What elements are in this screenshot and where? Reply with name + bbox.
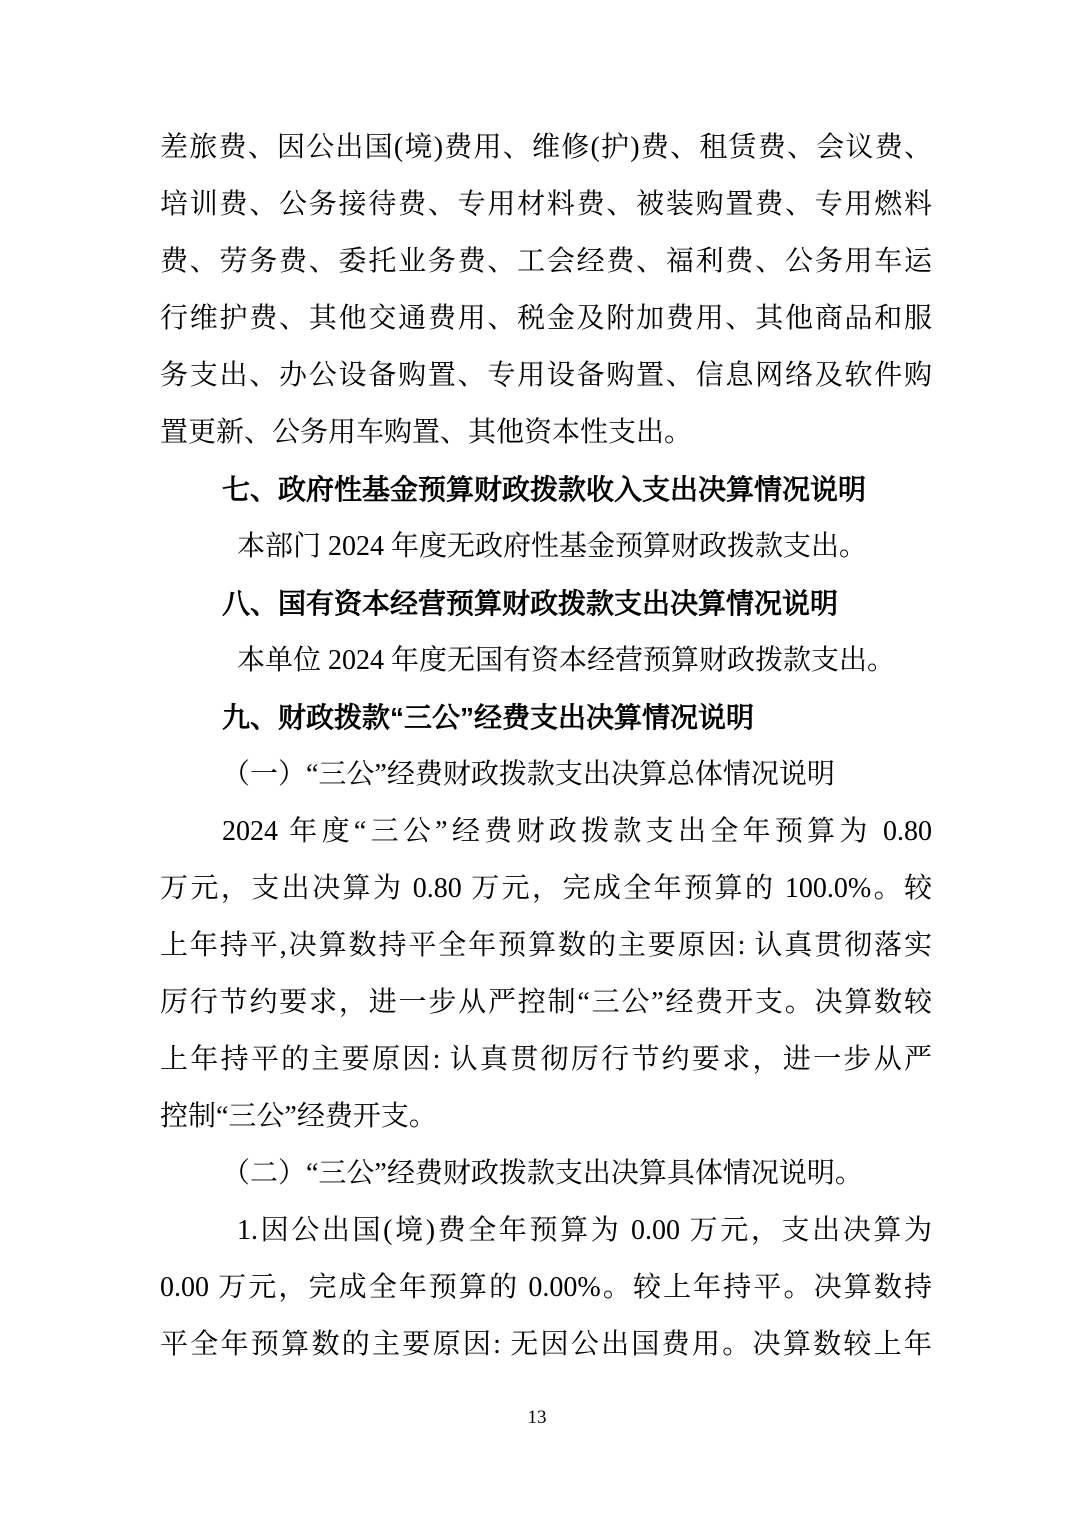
text-line: 万元，支出决算为 0.80 万元，完成全年预算的 100.0%。较 bbox=[160, 860, 932, 917]
text-line: 1.因公出国(境)费全年预算为 0.00 万元，支出决算为 bbox=[160, 1202, 932, 1259]
subsection-heading: （二）“三公”经费财政拨款支出决算具体情况说明。 bbox=[160, 1145, 932, 1202]
section-heading-7: 七、政府性基金预算财政拨款收入支出决算情况说明 bbox=[160, 461, 932, 518]
text-line: 培训费、公务接待费、专用材料费、被装购置费、专用燃料 bbox=[160, 176, 932, 233]
text-line: 上年持平的主要原因: 认真贯彻厉行节约要求，进一步从严 bbox=[160, 1031, 932, 1088]
text-line: 务支出、办公设备购置、专用设备购置、信息网络及软件购 bbox=[160, 347, 932, 404]
text-line: 行维护费、其他交通费用、税金及附加费用、其他商品和服 bbox=[160, 290, 932, 347]
text-line: 2024 年度“三公”经费财政拨款支出全年预算为 0.80 bbox=[160, 803, 932, 860]
text-line: 上年持平,决算数持平全年预算数的主要原因: 认真贯彻落实 bbox=[160, 917, 932, 974]
document-page: 差旅费、因公出国(境)费用、维修(护)费、租赁费、会议费、 培训费、公务接待费、… bbox=[0, 0, 1074, 1520]
text-line: 控制“三公”经费开支。 bbox=[160, 1088, 932, 1145]
section-heading-9: 九、财政拨款“三公”经费支出决算情况说明 bbox=[160, 689, 932, 746]
text-line: 0.00 万元，完成全年预算的 0.00%。较上年持平。决算数持 bbox=[160, 1259, 932, 1316]
text-line: 本单位 2024 年度无国有资本经营预算财政拨款支出。 bbox=[160, 632, 932, 689]
text-line: 费、劳务费、委托业务费、工会经费、福利费、公务用车运 bbox=[160, 233, 932, 290]
section-heading-8: 八、国有资本经营预算财政拨款支出决算情况说明 bbox=[160, 575, 932, 632]
text-line: 差旅费、因公出国(境)费用、维修(护)费、租赁费、会议费、 bbox=[160, 119, 932, 176]
text-line: 平全年预算数的主要原因: 无因公出国费用。决算数较上年 bbox=[160, 1316, 932, 1373]
page-number: 13 bbox=[0, 1406, 1074, 1430]
text-line: 置更新、公务用车购置、其他资本性支出。 bbox=[160, 404, 932, 461]
text-line: 厉行节约要求，进一步从严控制“三公”经费开支。决算数较 bbox=[160, 974, 932, 1031]
document-text: 差旅费、因公出国(境)费用、维修(护)费、租赁费、会议费、 培训费、公务接待费、… bbox=[160, 119, 932, 1373]
text-line: 本部门 2024 年度无政府性基金预算财政拨款支出。 bbox=[160, 518, 932, 575]
subsection-heading: （一）“三公”经费财政拨款支出决算总体情况说明 bbox=[160, 746, 932, 803]
